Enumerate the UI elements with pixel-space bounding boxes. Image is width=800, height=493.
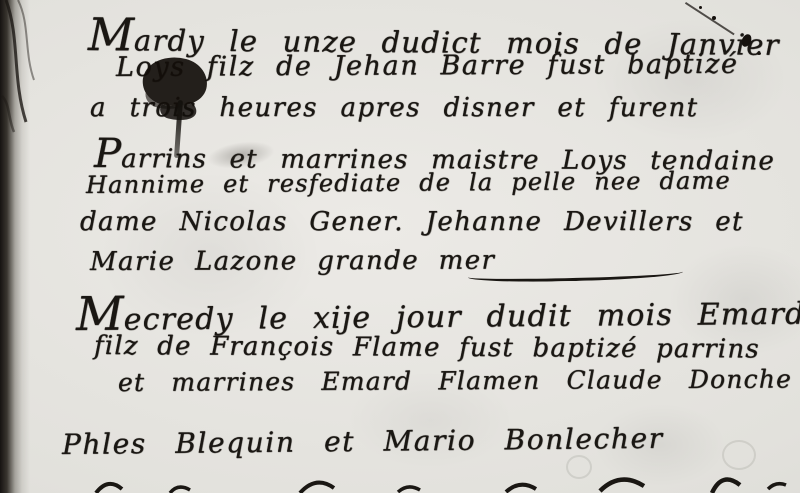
manuscript-line: dame Nicolas Gener. Jehanne Devillers et — [80, 207, 744, 237]
manuscript-line: Loys filz de Jehan Barre fust baptizé — [116, 49, 739, 83]
manuscript-line: filz de François Flame fust baptizé parr… — [94, 331, 760, 364]
manuscript-page: Mardy le unze dudict mois de Janvier Loy… — [0, 0, 800, 493]
manuscript-line: Hannime et resfediate de la pelle nee da… — [86, 166, 731, 199]
show-through-ring — [566, 455, 592, 479]
manuscript-line: et marrines Emard Flamen Claude Donche — [118, 364, 792, 397]
ink-speck — [699, 6, 702, 9]
pen-flourish — [468, 266, 683, 283]
manuscript-line: Marie Lazone grande mer — [90, 246, 495, 277]
ink-speck — [757, 52, 761, 55]
page-edge-shadow — [0, 0, 30, 493]
bottom-cutoff-strokes — [0, 467, 800, 493]
show-through-ring — [722, 440, 756, 470]
